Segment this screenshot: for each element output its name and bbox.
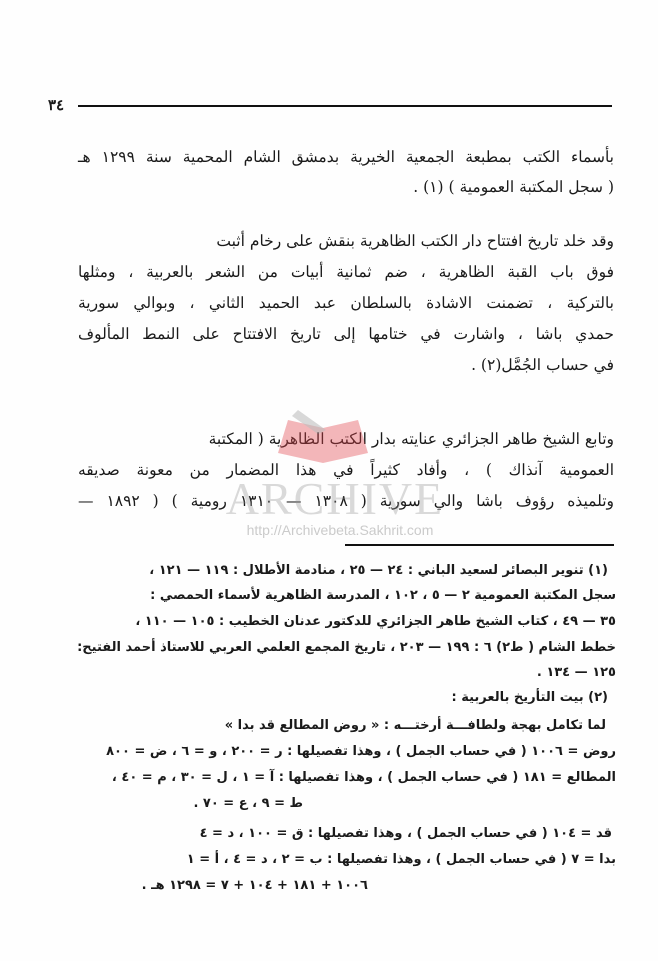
header-rule <box>78 105 612 107</box>
archive-book-logo-icon <box>268 408 378 478</box>
page-number: ٣٤ <box>48 96 64 114</box>
page-header: ٣٤ <box>48 96 616 116</box>
body-line: بالتركية ، تضمنت الاشادة بالسلطان عبد ال… <box>78 294 614 312</box>
body-line: وقد خلد تاريخ افتتاح دار الكتب الظاهرية … <box>216 232 614 250</box>
body-line: حمدي باشا ، واشارت في ختامها إلى تاريخ ا… <box>78 325 614 343</box>
footnote-line: ١٢٥ — ١٣٤ . <box>537 665 616 680</box>
document-page: ٣٤ بأسماء الكتب بمطبعة الجمعية الخيرية ب… <box>0 0 658 961</box>
footnote-line: خطط الشام ( ط٢) ٦ : ١٩٩ — ٢٠٣ ، تاريخ ال… <box>77 640 616 655</box>
body-line: في حساب الجُمَّل(٢) . <box>471 356 614 374</box>
footnote-line: المطالع = ١٨١ ( في حساب الجمل ) ، وهذا ت… <box>112 770 616 785</box>
footnote-line: قد = ١٠٤ ( في حساب الجمل ) ، وهذا تفصيله… <box>200 826 612 841</box>
footnote-line: لما تكامل بهجة ولطافـــة أرختـــه : « رو… <box>225 718 606 733</box>
footnote-line: ط = ٩ ، ع = ٧٠ . <box>193 796 303 811</box>
body-line: بأسماء الكتب بمطبعة الجمعية الخيرية بدمش… <box>78 148 614 166</box>
footnote-line: سجل المكتبة العمومية ٢ — ٥ ، ١٠٢ ، المدر… <box>150 588 616 603</box>
footnote-line: بدا = ٧ ( في حساب الجمل ) ، وهذا تفصيلها… <box>187 852 616 867</box>
body-line: فوق باب القبة الظاهرية ، ضم ثمانية أبيات… <box>78 263 614 281</box>
footnote-line: (٢) بيت التأريخ بالعربية : <box>452 690 608 705</box>
watermark-url: http://Archivebeta.Sakhrit.com <box>220 522 460 538</box>
body-line: ( سجل المكتبة العمومية ) (١) . <box>413 178 614 196</box>
footnote-separator <box>345 544 614 546</box>
footnote-line: ١٠٠٦ + ١٨١ + ١٠٤ + ٧ = ١٢٩٨ هـ . <box>142 878 368 893</box>
footnote-line: (١) تنوير البصائر لسعيد الباني : ٢٤ — ٢٥… <box>149 563 608 578</box>
watermark-text: ARCHIVE <box>200 472 470 525</box>
footnote-line: ٣٥ — ٤٩ ، كتاب الشيخ طاهر الجزائري للدكت… <box>135 614 616 629</box>
footnote-line: روض = ١٠٠٦ ( في حساب الجمل ) ، وهذا تفصي… <box>106 744 616 759</box>
